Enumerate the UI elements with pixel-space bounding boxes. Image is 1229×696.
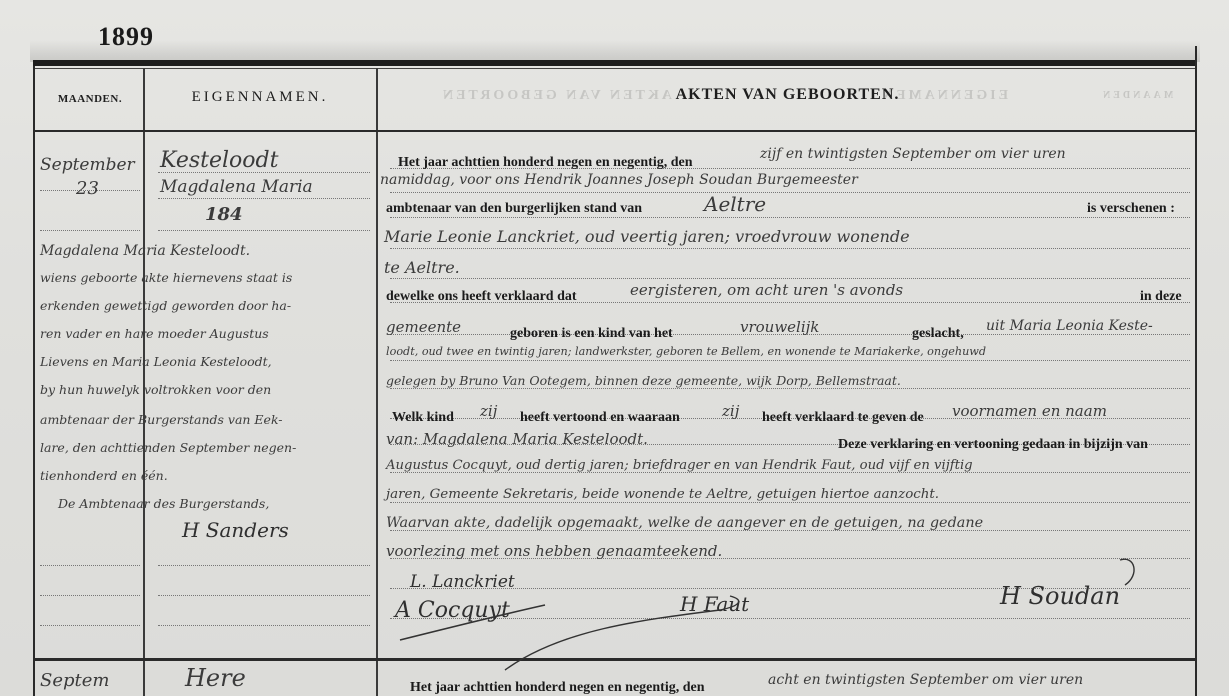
next-entry-hand: acht en twintigsten September om vier ur…: [768, 672, 1083, 688]
register-page: 1899 AKTEN VAN GEBOORTEN EIGENNAMEN MAAN…: [0, 0, 1229, 696]
next-entry-month: Septem: [40, 670, 109, 691]
signature-flourishes: [0, 0, 1229, 696]
next-entry-surname: Here: [185, 664, 246, 692]
next-entry-print: Het jaar achttien honderd negen en negen…: [410, 680, 705, 696]
